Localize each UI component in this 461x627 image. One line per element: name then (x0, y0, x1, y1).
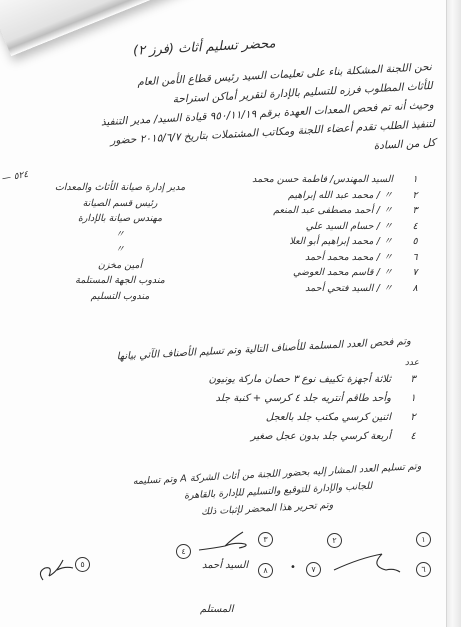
attendee-row: ١ السيد المهندس/ فاطمة حسن محمد (252, 172, 423, 188)
quantity-header: عدد (405, 358, 419, 368)
items-list: ٣ ثلاثة أجهزة تكييف نوع ٣ حصان ماركة يون… (209, 370, 421, 446)
attendee-row: ٤ 〃 / حسام السيد علي (252, 219, 423, 235)
signature-marker-2: ٢ (327, 533, 342, 548)
attendee-role: مندوب التسليم (45, 289, 195, 305)
attendee-role: مندوب الجهة المستلمة (45, 273, 195, 289)
attendee-row: ٣ 〃 / أحمد مصطفى عبد المنعم (252, 203, 423, 219)
attendee-name: 〃 / محمد عبد الله إبراهيم (288, 188, 393, 204)
attendee-name: 〃 / محمد محمد أحمد (305, 250, 393, 266)
signature-8-name: السيد أحمد (202, 560, 248, 571)
attendee-row: ٨ 〃 / السيد فتحي أحمد (252, 281, 423, 297)
signature-5-scribble (35, 550, 80, 585)
attendee-list: ١ السيد المهندس/ فاطمة حسن محمد ٢ 〃 / مح… (252, 172, 423, 296)
item-description: اثنين كرسي مكتب جلد بالعجل (266, 408, 391, 427)
item-quantity: ٤ (405, 427, 421, 446)
signature-marker-6: ٦ (416, 562, 431, 577)
item-row: ١ وأحد طاقم أنتريه جلد ٤ كرسي + كنبة جلد (209, 389, 421, 408)
signature-3-scribble (195, 528, 255, 558)
signature-marker-4: ٤ (176, 544, 191, 559)
attendee-name: 〃 / السيد فتحي أحمد (305, 281, 393, 297)
receiver-label: المستلم (200, 604, 234, 615)
attendee-role: مهندس صيانة بالإدارة (45, 211, 195, 227)
document-title: محضر تسليم أثاث (فرز ٢) (133, 36, 276, 58)
attendee-name: 〃 / أحمد مصطفى عبد المنعم (273, 203, 393, 219)
attendee-name: 〃 / قاسم محمد العوضي (293, 265, 393, 281)
intro-paragraph: نحن اللجنة المشكلة بناء على تعليمات السي… (98, 58, 436, 170)
signature-marker-7: ٧ (306, 562, 321, 577)
attendee-row: ٧ 〃 / قاسم محمد العوضي (252, 265, 423, 281)
item-quantity: ٢ (405, 408, 421, 427)
item-quantity: ١ (405, 389, 421, 408)
margin-note: ٥٢٤ — (1, 170, 29, 184)
item-row: ٢ اثنين كرسي مكتب جلد بالعجل (209, 408, 421, 427)
attendee-row: ٢ 〃 / محمد عبد الله إبراهيم (252, 188, 423, 204)
attendee-role: رئيس قسم الصيانة (45, 196, 195, 212)
scanned-document-page: محضر تسليم أثاث (فرز ٢) نحن اللجنة المشك… (0, 0, 461, 627)
attendee-role: 〃 (45, 242, 195, 258)
signature-dot: • (290, 562, 296, 573)
item-description: وأحد طاقم أنتريه جلد ٤ كرسي + كنبة جلد (215, 389, 391, 408)
attendee-name: 〃 / حسام السيد علي (306, 219, 393, 235)
item-description: ثلاثة أجهزة تكييف نوع ٣ حصان ماركة يونيو… (209, 370, 391, 389)
signature-marker-8: ٨ (258, 563, 273, 578)
statement-line: وتم فحص العدد المسلمة للأصناف التالية وت… (117, 336, 412, 362)
signature-marker-3: ٣ (258, 532, 273, 547)
attendee-role: مدير إدارة صيانة الأثاث والمعدات (45, 180, 195, 196)
closing-paragraph: وتم تسليم العدد المشار إليه بحضور اللجنة… (133, 458, 424, 524)
attendee-name: 〃 / محمد إبراهيم أبو العلا (289, 234, 393, 250)
attendee-role: 〃 (45, 227, 195, 243)
page-edge-shadow (446, 0, 461, 627)
attendee-row: ٦ 〃 / محمد محمد أحمد (252, 250, 423, 266)
item-description: أربعة كرسي جلد بدون عجل صغير (251, 427, 391, 446)
attendee-role: أمين مخزن (45, 258, 195, 274)
attendee-roles: مدير إدارة صيانة الأثاث والمعدات رئيس قس… (45, 180, 195, 304)
signature-marker-1: ١ (416, 532, 431, 547)
item-quantity: ٣ (405, 370, 421, 389)
attendee-name: السيد المهندس/ فاطمة حسن محمد (252, 172, 393, 188)
item-row: ٣ ثلاثة أجهزة تكييف نوع ٣ حصان ماركة يون… (209, 370, 421, 389)
signature-6-scribble (330, 548, 415, 578)
attendee-row: ٥ 〃 / محمد إبراهيم أبو العلا (252, 234, 423, 250)
item-row: ٤ أربعة كرسي جلد بدون عجل صغير (209, 427, 421, 446)
